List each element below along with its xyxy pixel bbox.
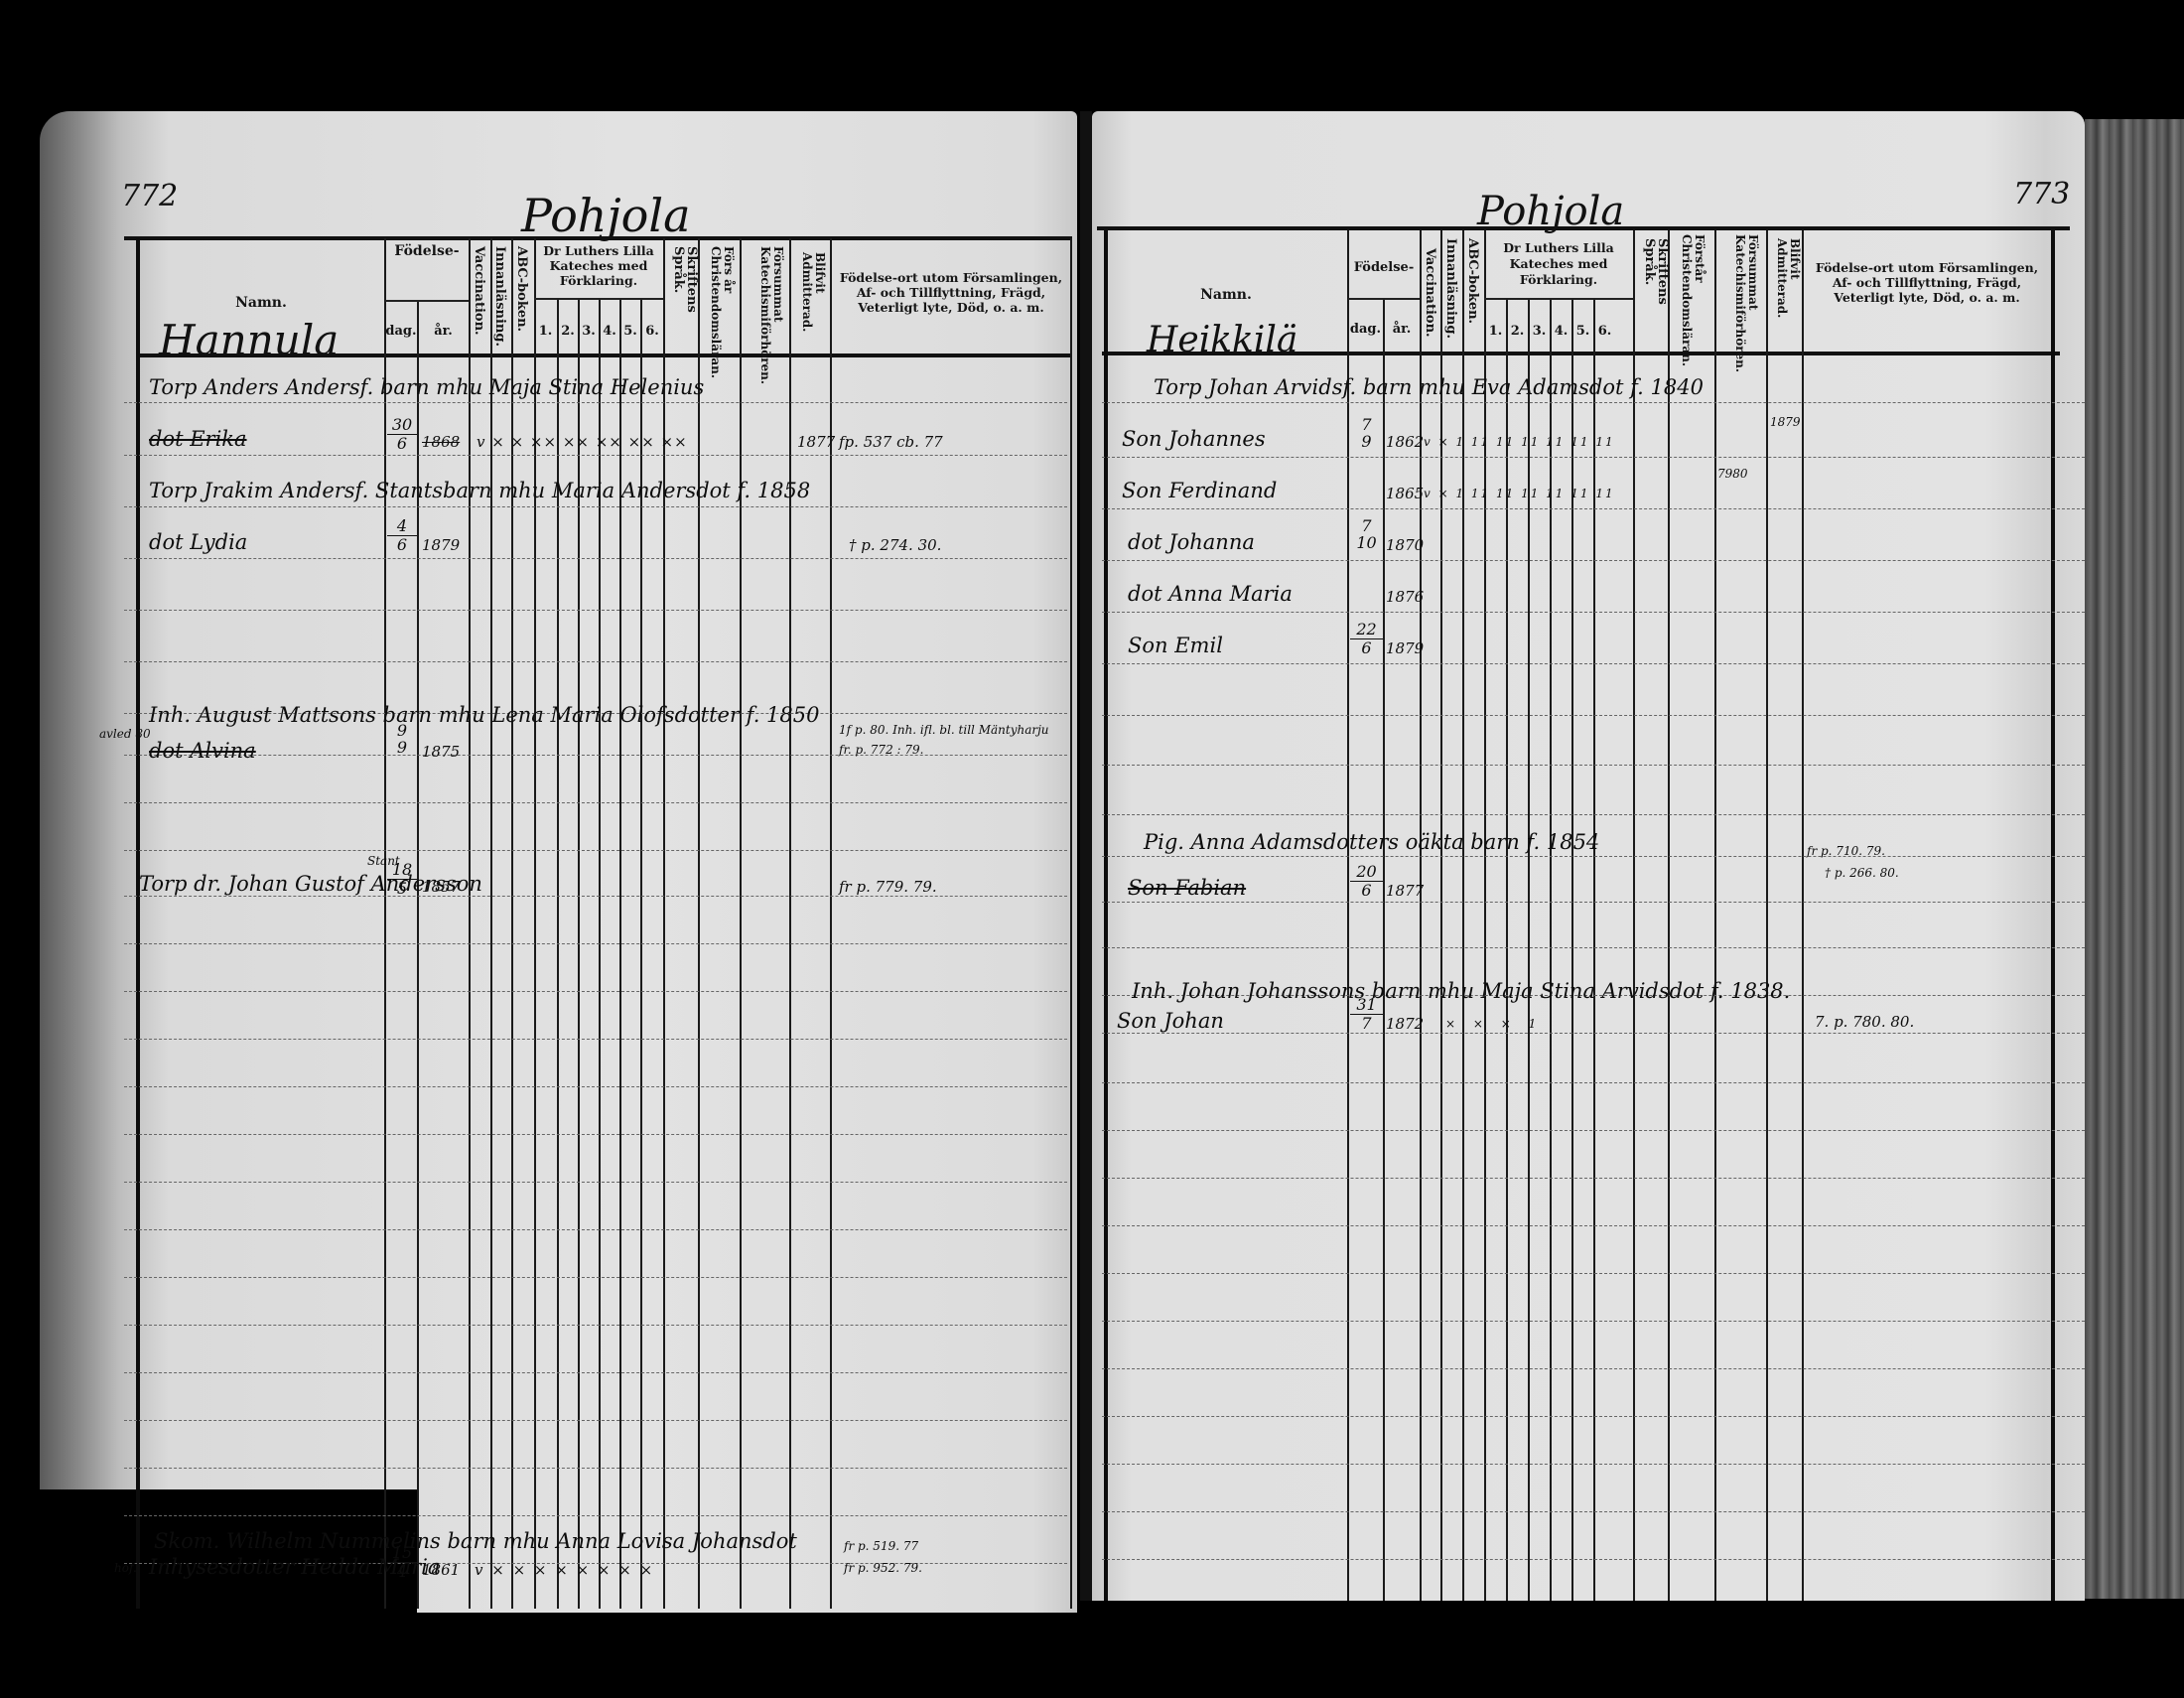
forsummat-value: 7980 xyxy=(1717,467,1748,481)
birth-day-month: 306 xyxy=(387,417,417,452)
birth-year: 1862 xyxy=(1386,433,1424,451)
header-luther: Dr Luthers Lilla Kateches med Förklaring… xyxy=(534,243,663,288)
birth-year: 1870 xyxy=(1386,536,1424,554)
header-luther-line3: Förklaring. xyxy=(534,273,663,288)
farm-name-left: Hannula xyxy=(159,316,339,364)
header-vaccination: Vaccination. xyxy=(473,246,485,351)
entry-name: Son Johan xyxy=(1117,1009,1224,1033)
row-rule xyxy=(124,1277,1067,1278)
row-rule xyxy=(1102,1321,2085,1322)
farm-name-right: Heikkilä xyxy=(1147,320,1297,360)
header-dag: dag. xyxy=(385,324,417,339)
row-rule xyxy=(124,991,1067,992)
row-rule xyxy=(1102,902,2085,903)
admitted-year: 1877 xyxy=(797,433,835,451)
header-skriftens-sprak: Skriftens Språk. xyxy=(672,246,698,351)
entry-name: Pig. Anna Adamsdotters oäkta barn f. 185… xyxy=(1144,830,1599,854)
admitted-year: 1879 xyxy=(1770,415,1801,429)
birth-year: 1877 xyxy=(1386,882,1424,900)
column-line xyxy=(2051,230,2055,1601)
header-skriftens-sprak: Skriftens Språk. xyxy=(1643,238,1669,350)
column-line xyxy=(1668,230,1670,1601)
birth-year: 1868 xyxy=(422,433,460,451)
row-rule xyxy=(1102,508,2085,509)
entry-note: fr p. 952. 79. xyxy=(844,1561,922,1575)
row-rule xyxy=(124,755,1067,756)
margin-note: avled 80 xyxy=(99,727,151,741)
entry-name: dot Erika xyxy=(149,427,247,451)
birth-year: 1875 xyxy=(422,743,460,761)
row-rule xyxy=(124,802,1067,803)
birth-day-month: 317 xyxy=(1350,997,1383,1032)
header-luther-line2: Kateches med xyxy=(534,258,663,273)
row-rule xyxy=(1102,1273,2085,1274)
birth-day-month: 154 xyxy=(387,1545,417,1580)
row-rule xyxy=(1102,814,2085,815)
birth-day-month: 79 xyxy=(1350,417,1383,450)
header-luther-4: 4. xyxy=(600,324,619,339)
page-shadow xyxy=(0,1489,417,1698)
row-rule xyxy=(124,1420,1067,1421)
row-rule xyxy=(1102,402,2085,403)
column-line xyxy=(469,238,471,1609)
header-innanlasning: Innanläsning. xyxy=(1444,238,1457,350)
birth-day-month: 710 xyxy=(1350,518,1383,551)
fodelse-subrule xyxy=(385,300,469,302)
column-line xyxy=(1383,298,1385,1601)
birth-year: 1872 xyxy=(1386,1015,1424,1033)
header-forstar-christendomslaran: Förstår Christendomsläran. xyxy=(1676,234,1706,349)
header-luther-1: 1. xyxy=(1485,324,1506,339)
header-luther-3: 3. xyxy=(579,324,599,339)
header-blifvit-admitterad: Blifvit Admitterad. xyxy=(798,252,826,352)
row-rule xyxy=(124,1468,1067,1469)
header-top-rule xyxy=(124,236,1072,240)
header-fodelse-ort-line2: Af- och Tillflyttning, Frägd, xyxy=(1804,275,2050,290)
column-line xyxy=(740,238,742,1609)
entry-name: dot Lydia xyxy=(149,530,247,554)
header-vaccination: Vaccination. xyxy=(1424,248,1436,350)
catechism-marks: v × 1 11 11 11 11 11 11 xyxy=(1424,487,1615,500)
row-rule xyxy=(124,1515,1067,1516)
header-luther-5: 5. xyxy=(1572,324,1593,339)
header-abc-boken: ABC-boken. xyxy=(1466,238,1479,350)
header-abc-boken: ABC-boken. xyxy=(515,246,528,351)
header-fodelse-ort-line3: Veterligt lyte, Död, o. a. m. xyxy=(1804,290,2050,305)
header-namn: Namn. xyxy=(139,296,383,311)
page-edges xyxy=(2085,119,2184,1599)
row-rule xyxy=(124,1134,1067,1135)
header-luther-3: 3. xyxy=(1529,324,1550,339)
luther-subrule xyxy=(534,298,663,300)
entry-note: † p. 266. 80. xyxy=(1825,866,1899,880)
entry-name: dot Alvina xyxy=(149,739,256,763)
row-rule xyxy=(1102,1130,2085,1131)
header-luther-line1: Dr Luthers Lilla xyxy=(534,243,663,258)
row-rule xyxy=(124,943,1067,944)
birth-year: 1879 xyxy=(422,536,460,554)
row-rule xyxy=(1102,1464,2085,1465)
row-rule xyxy=(1102,663,2085,664)
catechism-marks: v × × × × × × × × xyxy=(475,1561,654,1579)
entry-name: Son Emil xyxy=(1128,634,1223,657)
entry-note-2: fr. p. 772 : 79. xyxy=(839,743,923,757)
row-rule xyxy=(124,1182,1067,1183)
column-line xyxy=(1347,230,1349,1601)
header-ar: år. xyxy=(418,324,469,339)
column-line xyxy=(1104,230,1108,1601)
entry-name: Son Johannes xyxy=(1122,427,1266,451)
row-rule xyxy=(124,558,1067,559)
birth-day-month: 185 xyxy=(387,862,417,897)
header-fodelse-ort: Födelse-ort utom Församlingen, Af- och T… xyxy=(1804,260,2050,305)
header-fodelse: Födelse- xyxy=(385,244,469,259)
row-rule xyxy=(1102,1511,2085,1512)
header-blifvit-admitterad: Blifvit Admitterad. xyxy=(1773,238,1801,348)
entry-name: dot Johanna xyxy=(1128,530,1255,554)
row-rule xyxy=(124,850,1067,851)
birth-day-month: 99 xyxy=(387,723,417,756)
row-rule xyxy=(1102,856,2085,857)
entry-name: Torp Johan Arvidsf. barn mhu Eva Adamsdo… xyxy=(1154,375,1704,399)
page-number-right: 773 xyxy=(2013,177,2070,212)
page-number-left: 772 xyxy=(121,179,178,213)
header-luther-5: 5. xyxy=(620,324,640,339)
header-luther-2: 2. xyxy=(1507,324,1528,339)
header-luther-line2: Kateches med xyxy=(1484,256,1633,272)
header-luther-line3: Förklaring. xyxy=(1484,272,1633,288)
header-luther-2: 2. xyxy=(558,324,578,339)
header-luther: Dr Luthers Lilla Kateches med Förklaring… xyxy=(1484,240,1633,288)
header-luther-line1: Dr Luthers Lilla xyxy=(1484,240,1633,256)
entry-name: Torp Anders Andersf. barn mhu Maja Stina… xyxy=(149,375,704,399)
birth-year: 1876 xyxy=(1386,588,1424,606)
header-luther-6: 6. xyxy=(641,324,663,339)
row-rule xyxy=(124,1086,1067,1087)
row-rule xyxy=(124,1039,1067,1040)
fodelse-subrule xyxy=(1348,298,1420,300)
column-line xyxy=(698,238,700,1609)
row-rule xyxy=(124,896,1067,897)
entry-name: Inh. Johan Johanssons barn mhu Maja Stin… xyxy=(1132,979,1790,1003)
row-rule xyxy=(124,455,1067,456)
header-forsummat: Försummat Katechismiförhören. xyxy=(1725,234,1759,349)
entry-name: Son Fabian xyxy=(1128,876,1246,900)
row-rule xyxy=(1102,1368,2085,1369)
book-gutter xyxy=(1080,111,1092,1601)
entry-name: dot Anna Maria xyxy=(1128,582,1293,606)
birth-day-month: 46 xyxy=(387,518,417,553)
catechism-marks: v × × ×× ×× ×× ×× ×× xyxy=(477,433,688,451)
column-line xyxy=(1802,230,1804,1601)
header-forsummat: Försummat Katechismiförhören. xyxy=(751,246,784,351)
header-luther-6: 6. xyxy=(1594,324,1615,339)
row-rule xyxy=(124,1325,1067,1326)
row-rule xyxy=(1102,715,2085,716)
entry-note: 1f p. 80. Inh. ifl. bl. till Mäntyharju xyxy=(839,723,1049,737)
header-namn: Namn. xyxy=(1107,288,1345,303)
village-title-left: Pohjola xyxy=(521,189,691,242)
birth-year: 1879 xyxy=(1386,639,1424,657)
column-line xyxy=(1633,230,1635,1601)
row-rule xyxy=(1102,560,2085,561)
header-luther-4: 4. xyxy=(1551,324,1571,339)
header-fodelse-ort: Födelse-ort utom Församlingen, Af- och T… xyxy=(832,270,1070,315)
row-rule xyxy=(1102,1178,2085,1179)
luther-subrule xyxy=(1484,298,1633,300)
column-line xyxy=(1714,230,1716,1601)
birth-day-month: 226 xyxy=(1350,622,1383,656)
header-innanlasning: Innanläsning. xyxy=(493,246,506,351)
row-rule xyxy=(1102,612,2085,613)
row-rule xyxy=(124,506,1067,507)
header-fodelse-ort-line3: Veterligt lyte, Död, o. a. m. xyxy=(832,300,1070,315)
entry-name: Torp Jrakim Andersf. Stantsbarn mhu Mari… xyxy=(149,479,810,502)
header-fodelse-ort-line2: Af- och Tillflyttning, Frägd, xyxy=(832,285,1070,300)
row-rule xyxy=(124,610,1067,611)
header-fodelse: Födelse- xyxy=(1348,260,1420,275)
row-rule xyxy=(1102,457,2085,458)
column-line xyxy=(1070,238,1072,1609)
header-dag: dag. xyxy=(1348,322,1383,337)
row-rule xyxy=(1102,1416,2085,1417)
header-ar: år. xyxy=(1384,322,1420,337)
row-rule xyxy=(124,1229,1067,1230)
catechism-marks: v × 1 11 11 11 11 11 11 xyxy=(1424,435,1615,449)
entry-note: † p. 274. 30. xyxy=(849,536,941,554)
row-rule xyxy=(1102,1082,2085,1083)
header-fors-ar-christendomslaran: Förs år Christendomsläran. xyxy=(707,246,735,351)
birth-year: 1861 xyxy=(422,1561,460,1579)
birth-year: 1865 xyxy=(1386,485,1424,502)
entry-note: fr p. 519. 77 xyxy=(844,1539,918,1553)
row-rule xyxy=(1102,765,2085,766)
entry-note: fp. 537 cb. 77 xyxy=(839,433,943,451)
column-line xyxy=(136,238,140,1609)
row-rule xyxy=(1102,1559,2085,1560)
column-line xyxy=(789,238,791,1609)
row-rule xyxy=(124,661,1067,662)
row-rule xyxy=(1102,1225,2085,1226)
birth-year: 1857 xyxy=(422,878,460,896)
entry-note: fr p. 710. 79. xyxy=(1807,844,1885,858)
header-top-rule xyxy=(1097,226,2070,230)
catechism-marks: × × × 1 xyxy=(1445,1017,1536,1031)
row-rule xyxy=(124,1372,1067,1373)
header-luther-1: 1. xyxy=(535,324,556,339)
entry-name: Son Ferdinand xyxy=(1122,479,1277,502)
column-line xyxy=(1766,230,1768,1601)
column-line xyxy=(384,238,386,1609)
row-rule xyxy=(1102,947,2085,948)
row-rule xyxy=(124,402,1067,403)
entry-note: fr p. 779. 79. xyxy=(839,878,937,896)
row-rule xyxy=(1102,1033,2085,1034)
entry-note: 7. p. 780. 80. xyxy=(1815,1013,1914,1031)
entry-name: Inh. August Mattsons barn mhu Lena Maria… xyxy=(149,703,820,727)
header-fodelse-ort-line1: Födelse-ort utom Församlingen, xyxy=(1804,260,2050,275)
header-fodelse-ort-line1: Födelse-ort utom Församlingen, xyxy=(832,270,1070,285)
birth-day-month: 206 xyxy=(1350,864,1383,899)
margin-note: hof. xyxy=(114,1561,137,1575)
entry-name: Skom. Wilhelm Nummelins barn mhu Anna Lo… xyxy=(154,1529,797,1553)
